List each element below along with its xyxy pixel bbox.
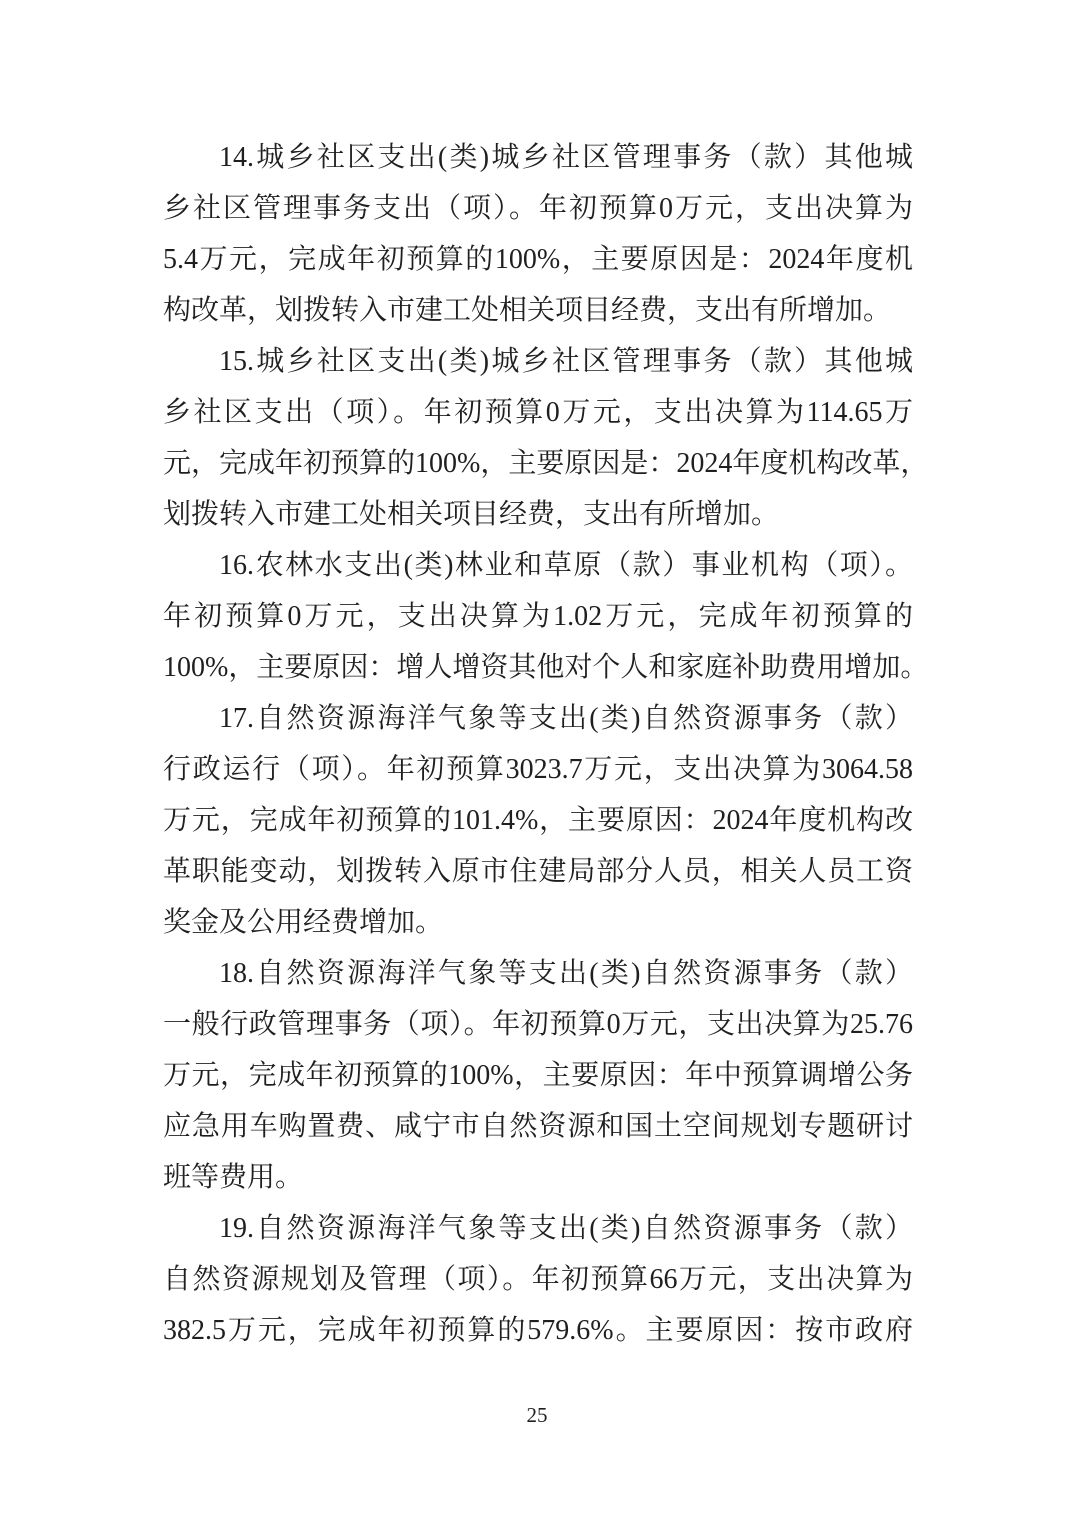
text-line: 15.城乡社区支出(类)城乡社区管理事务（款）其他城 xyxy=(163,336,913,387)
text-line: 革职能变动，划拨转入原市住建局部分人员，相关人员工资 xyxy=(163,846,913,897)
text-line: 一般行政管理事务（项）。年初预算0万元，支出决算为25.76 xyxy=(163,999,913,1050)
text-line: 划拨转入市建工处相关项目经费，支出有所增加。 xyxy=(163,489,913,540)
paragraph-19: 19.自然资源海洋气象等支出(类)自然资源事务（款）自然资源规划及管理（项）。年… xyxy=(163,1203,913,1356)
text-line: 18.自然资源海洋气象等支出(类)自然资源事务（款） xyxy=(163,948,913,999)
paragraph-16: 16.农林水支出(类)林业和草原（款）事业机构（项）。年初预算0万元，支出决算为… xyxy=(163,540,913,693)
text-line: 16.农林水支出(类)林业和草原（款）事业机构（项）。 xyxy=(163,540,913,591)
text-line: 19.自然资源海洋气象等支出(类)自然资源事务（款） xyxy=(163,1203,913,1254)
text-line: 乡社区支出（项）。年初预算0万元，支出决算为114.65万 xyxy=(163,387,913,438)
paragraph-15: 15.城乡社区支出(类)城乡社区管理事务（款）其他城乡社区支出（项）。年初预算0… xyxy=(163,336,913,540)
text-line: 年初预算0万元，支出决算为1.02万元，完成年初预算的 xyxy=(163,591,913,642)
text-line: 14.城乡社区支出(类)城乡社区管理事务（款）其他城 xyxy=(163,132,913,183)
text-line: 班等费用。 xyxy=(163,1152,913,1203)
text-line: 5.4万元，完成年初预算的100%，主要原因是：2024年度机 xyxy=(163,234,913,285)
text-line: 万元，完成年初预算的100%，主要原因：年中预算调增公务 xyxy=(163,1050,913,1101)
text-line: 自然资源规划及管理（项）。年初预算66万元，支出决算为 xyxy=(163,1254,913,1305)
text-line: 奖金及公用经费增加。 xyxy=(163,897,913,948)
page-number: 25 xyxy=(0,1402,1074,1428)
paragraph-14: 14.城乡社区支出(类)城乡社区管理事务（款）其他城乡社区管理事务支出（项）。年… xyxy=(163,132,913,336)
text-line: 应急用车购置费、咸宁市自然资源和国土空间规划专题研讨 xyxy=(163,1101,913,1152)
text-line: 行政运行（项）。年初预算3023.7万元，支出决算为3064.58 xyxy=(163,744,913,795)
text-line: 乡社区管理事务支出（项）。年初预算0万元，支出决算为 xyxy=(163,183,913,234)
text-line: 100%，主要原因：增人增资其他对个人和家庭补助费用增加。 xyxy=(163,642,913,693)
paragraph-18: 18.自然资源海洋气象等支出(类)自然资源事务（款）一般行政管理事务（项）。年初… xyxy=(163,948,913,1203)
text-line: 构改革，划拨转入市建工处相关项目经费，支出有所增加。 xyxy=(163,285,913,336)
document-page: 14.城乡社区支出(类)城乡社区管理事务（款）其他城乡社区管理事务支出（项）。年… xyxy=(0,0,1074,1520)
text-line: 17.自然资源海洋气象等支出(类)自然资源事务（款） xyxy=(163,693,913,744)
text-line: 元，完成年初预算的100%，主要原因是：2024年度机构改革， xyxy=(163,438,913,489)
text-line: 382.5万元，完成年初预算的579.6%。主要原因：按市政府 xyxy=(163,1305,913,1356)
text-line: 万元，完成年初预算的101.4%，主要原因：2024年度机构改 xyxy=(163,795,913,846)
paragraph-17: 17.自然资源海洋气象等支出(类)自然资源事务（款）行政运行（项）。年初预算30… xyxy=(163,693,913,948)
document-body: 14.城乡社区支出(类)城乡社区管理事务（款）其他城乡社区管理事务支出（项）。年… xyxy=(163,132,913,1356)
